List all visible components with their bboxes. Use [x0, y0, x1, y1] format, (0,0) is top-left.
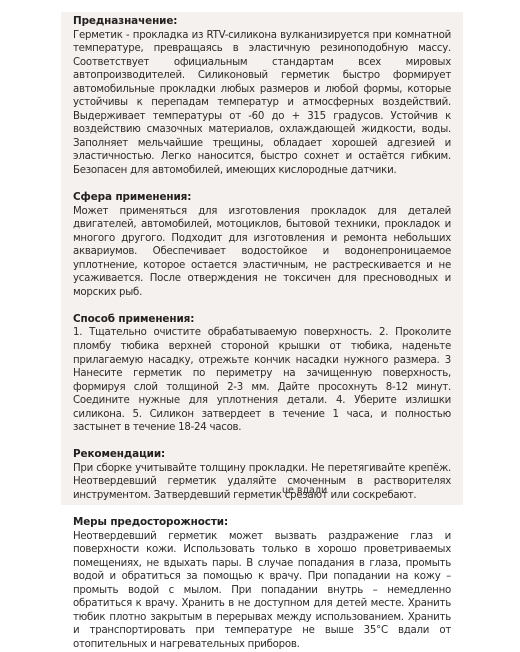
section-text: 1. Тщательно очистите обрабатываемую пов… — [73, 326, 451, 434]
section-heading: Рекомендации: — [73, 448, 451, 462]
label-paper: Предназначение: Герметик - прокладка из … — [61, 12, 463, 505]
stray-print-fragment: ue вдали — [282, 485, 327, 496]
section-method: Способ применения: 1. Тщательно очистите… — [73, 313, 451, 435]
section-recommendations: Рекомендации: При сборке учитывайте толщ… — [73, 448, 451, 502]
section-precautions: Меры предосторожности: Неотвердевший гер… — [73, 516, 451, 520]
section-scope: Сфера применения: Может применяться для … — [73, 191, 451, 299]
section-heading: Меры предосторожности: — [73, 516, 451, 520]
instruction-document: Предназначение: Герметик - прокладка из … — [73, 15, 451, 520]
section-heading: Способ применения: — [73, 313, 451, 327]
section-purpose: Предназначение: Герметик - прокладка из … — [73, 15, 451, 178]
section-text: При сборке учитывайте толщину прокладки.… — [73, 462, 451, 503]
section-heading: Предназначение: — [73, 15, 451, 29]
section-text: Герметик - прокладка из RTV-силикона вул… — [73, 29, 451, 178]
section-text: Может применяться для изготовления прокл… — [73, 205, 451, 300]
section-heading: Сфера применения: — [73, 191, 451, 205]
